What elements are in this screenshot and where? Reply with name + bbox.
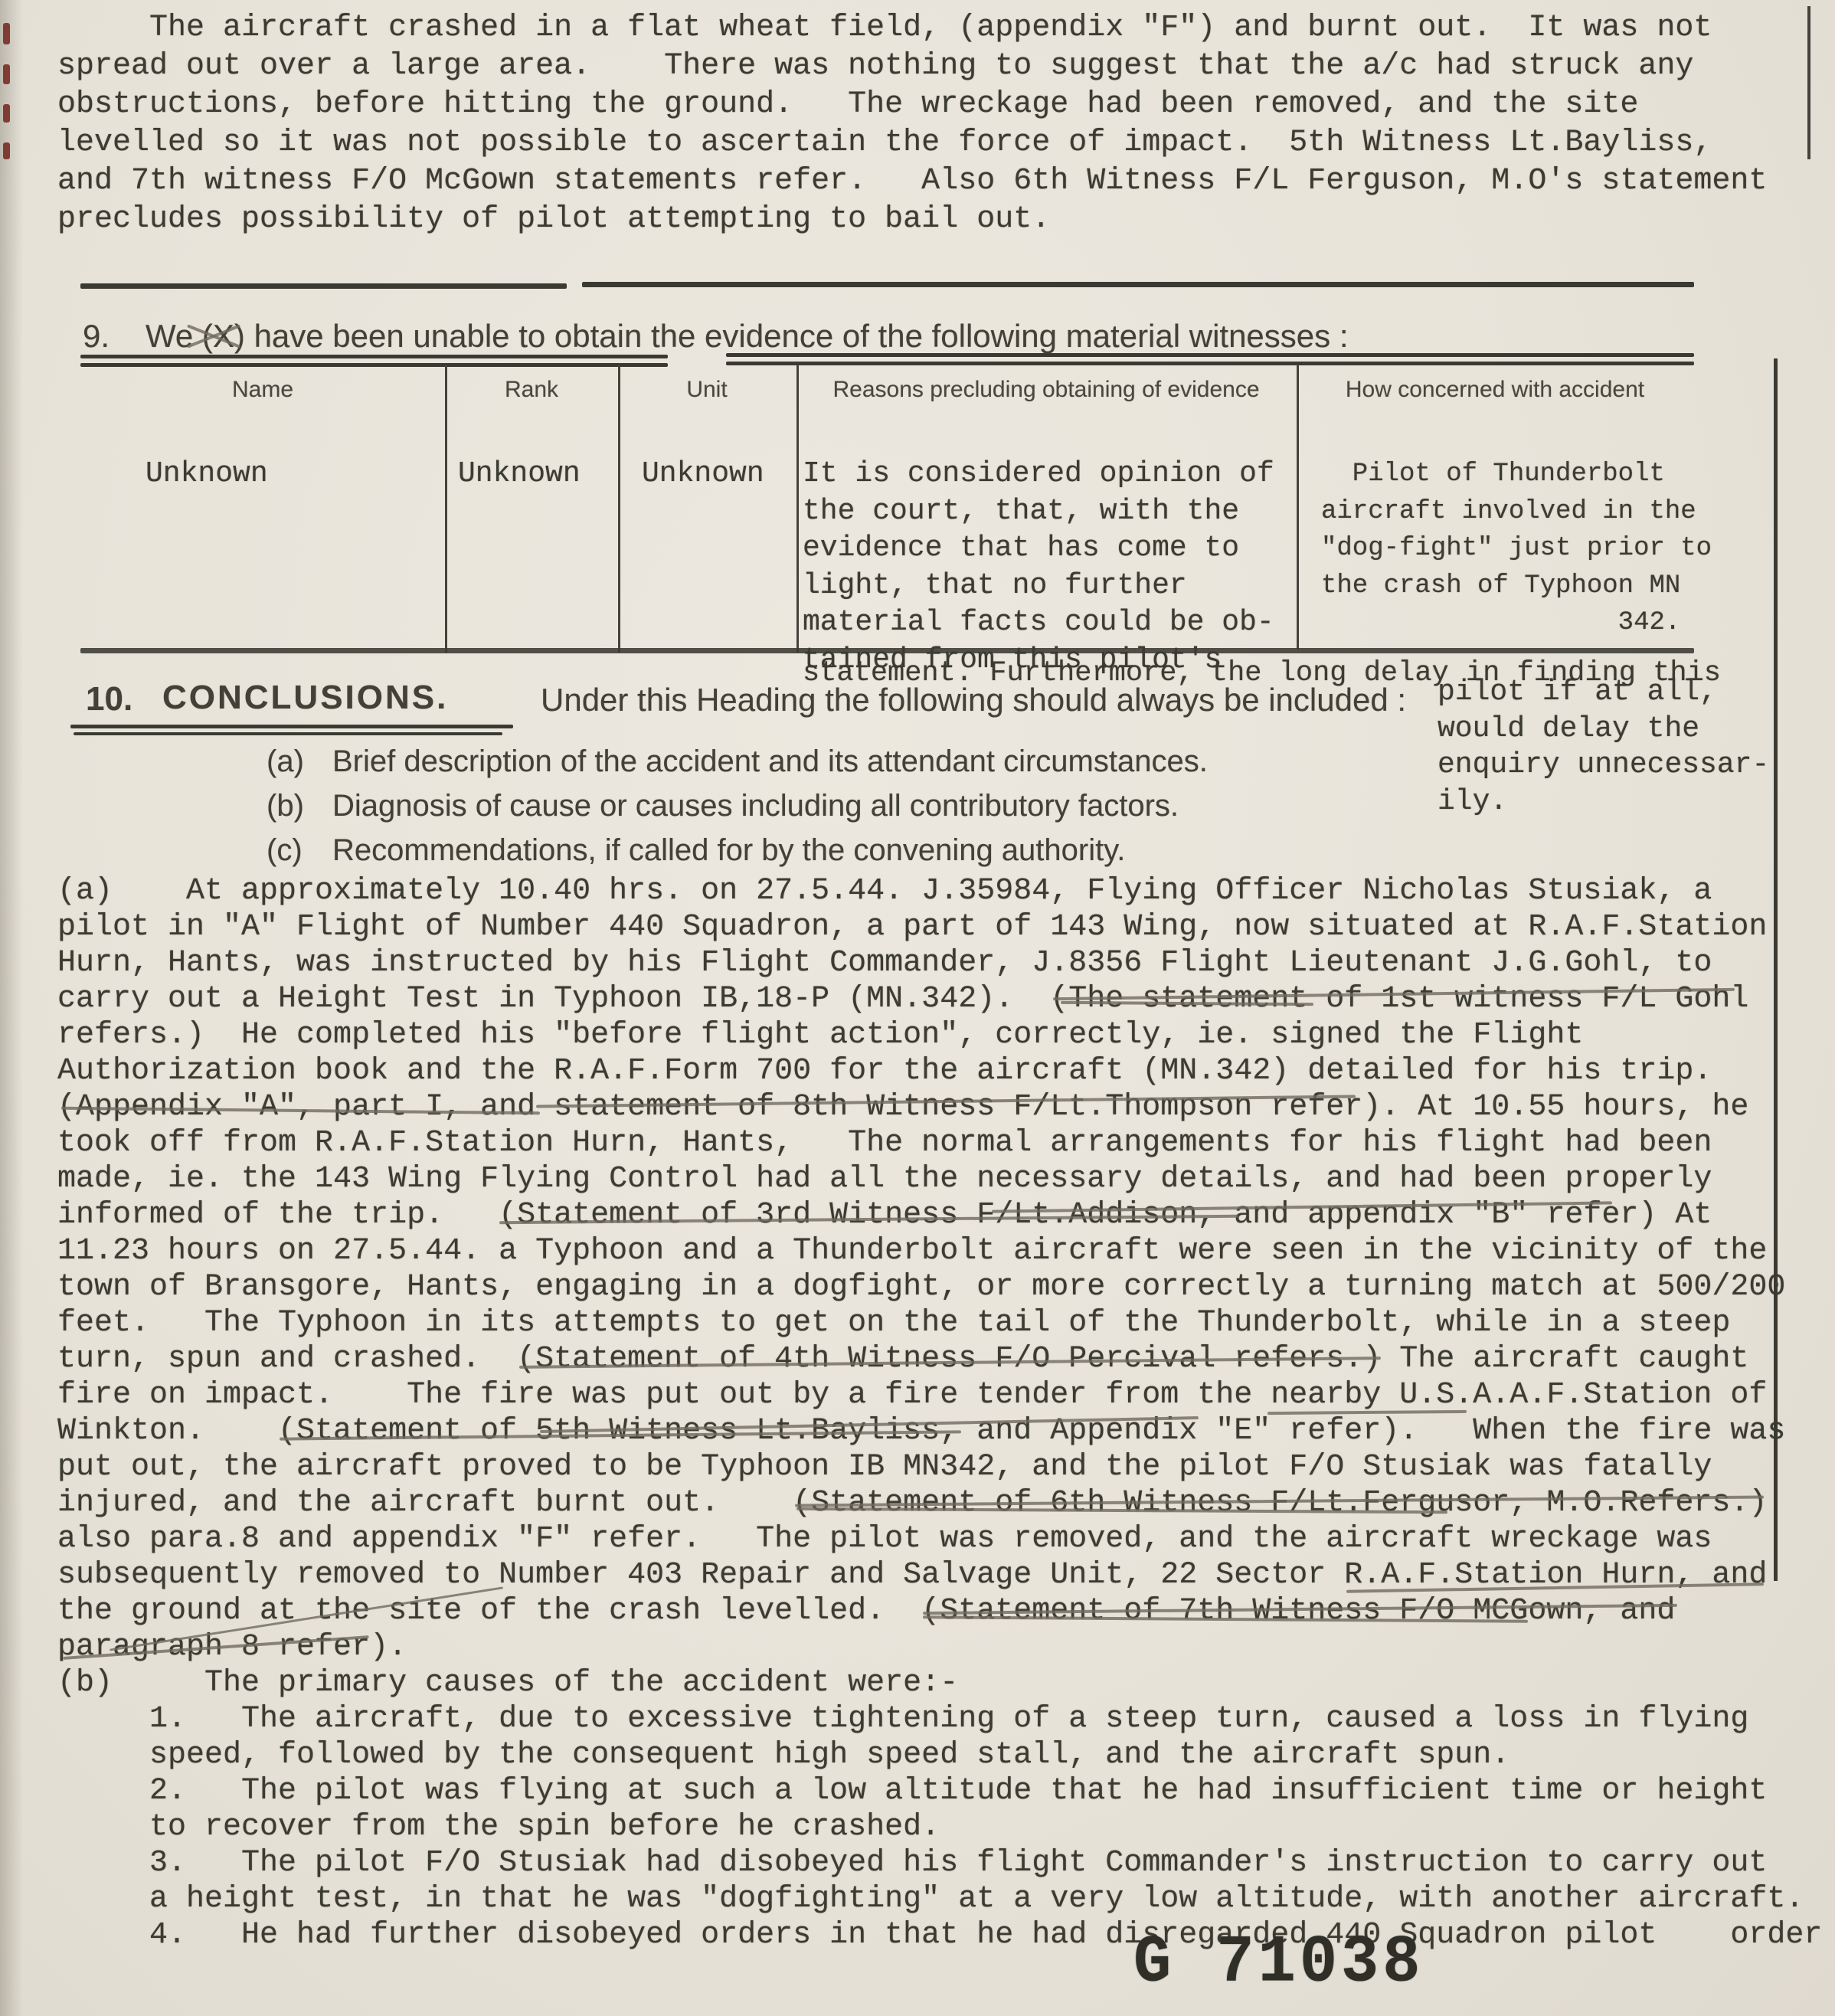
column-header-concerned: How concerned with accident: [1346, 377, 1644, 403]
section10-number: 10.: [86, 680, 132, 718]
scanned-report-page: The aircraft crashed in a flat wheat fie…: [0, 0, 1835, 2016]
cell-witness-name: Unknown: [146, 456, 268, 493]
red-margin-mark: [3, 64, 10, 84]
conclusions-paragraph-b: (b) The primary causes of the accident w…: [57, 1665, 1822, 1953]
column-header-rank: Rank: [505, 377, 558, 403]
red-margin-mark: [3, 142, 10, 159]
item-c-text: Recommendations, if called for by the co…: [332, 833, 1125, 868]
paragraph-8-text: The aircraft crashed in a flat wheat fie…: [57, 9, 1767, 239]
red-margin-mark: [3, 104, 10, 123]
item-b-text: Diagnosis of cause or causes including a…: [332, 789, 1179, 823]
table-top-rule: [80, 363, 668, 367]
item-c-label: (c): [267, 833, 303, 868]
cell-concerned-overflow: pilot if at all, would delay the enquiry…: [1438, 674, 1769, 820]
section9-heading: We (X) have been unable to obtain the ev…: [146, 318, 1349, 355]
horizontal-rule: [80, 283, 567, 289]
table-top-rule: [726, 362, 1694, 365]
cell-concerned-text: Pilot of Thunderbolt aircraft involved i…: [1321, 456, 1712, 642]
page-edge-line: [1807, 6, 1810, 159]
table-column-divider: [618, 365, 620, 653]
table-top-rule: [726, 353, 1694, 357]
reference-stamp: G 71038: [1133, 1925, 1424, 2001]
item-a-text: Brief description of the accident and it…: [332, 745, 1208, 779]
red-margin-mark: [3, 23, 10, 44]
table-top-rule: [80, 355, 668, 358]
item-a-label: (a): [267, 745, 304, 779]
cell-witness-rank: Unknown: [458, 456, 581, 493]
table-column-divider: [1297, 365, 1299, 650]
section10-title: CONCLUSIONS.: [162, 679, 448, 717]
table-bottom-rule: [80, 648, 1694, 653]
conclusions-paragraph-a: (a) At approximately 10.40 hrs. on 27.5.…: [57, 873, 1785, 1665]
section9-number: 9.: [83, 318, 110, 355]
section10-intro: Under this Heading the following should …: [541, 682, 1406, 718]
heading-underline: [70, 725, 513, 728]
cell-witness-unit: Unknown: [642, 456, 764, 493]
horizontal-rule: [582, 282, 1694, 287]
item-b-label: (b): [267, 789, 304, 823]
column-header-unit: Unit: [686, 377, 727, 403]
cell-reasons-text: It is considered opinion of the court, t…: [803, 456, 1274, 679]
heading-underline: [74, 732, 502, 735]
column-header-name: Name: [232, 377, 293, 403]
table-column-divider: [796, 365, 799, 653]
column-header-reasons: Reasons precluding obtaining of evidence: [832, 377, 1259, 403]
table-column-divider: [445, 365, 447, 653]
